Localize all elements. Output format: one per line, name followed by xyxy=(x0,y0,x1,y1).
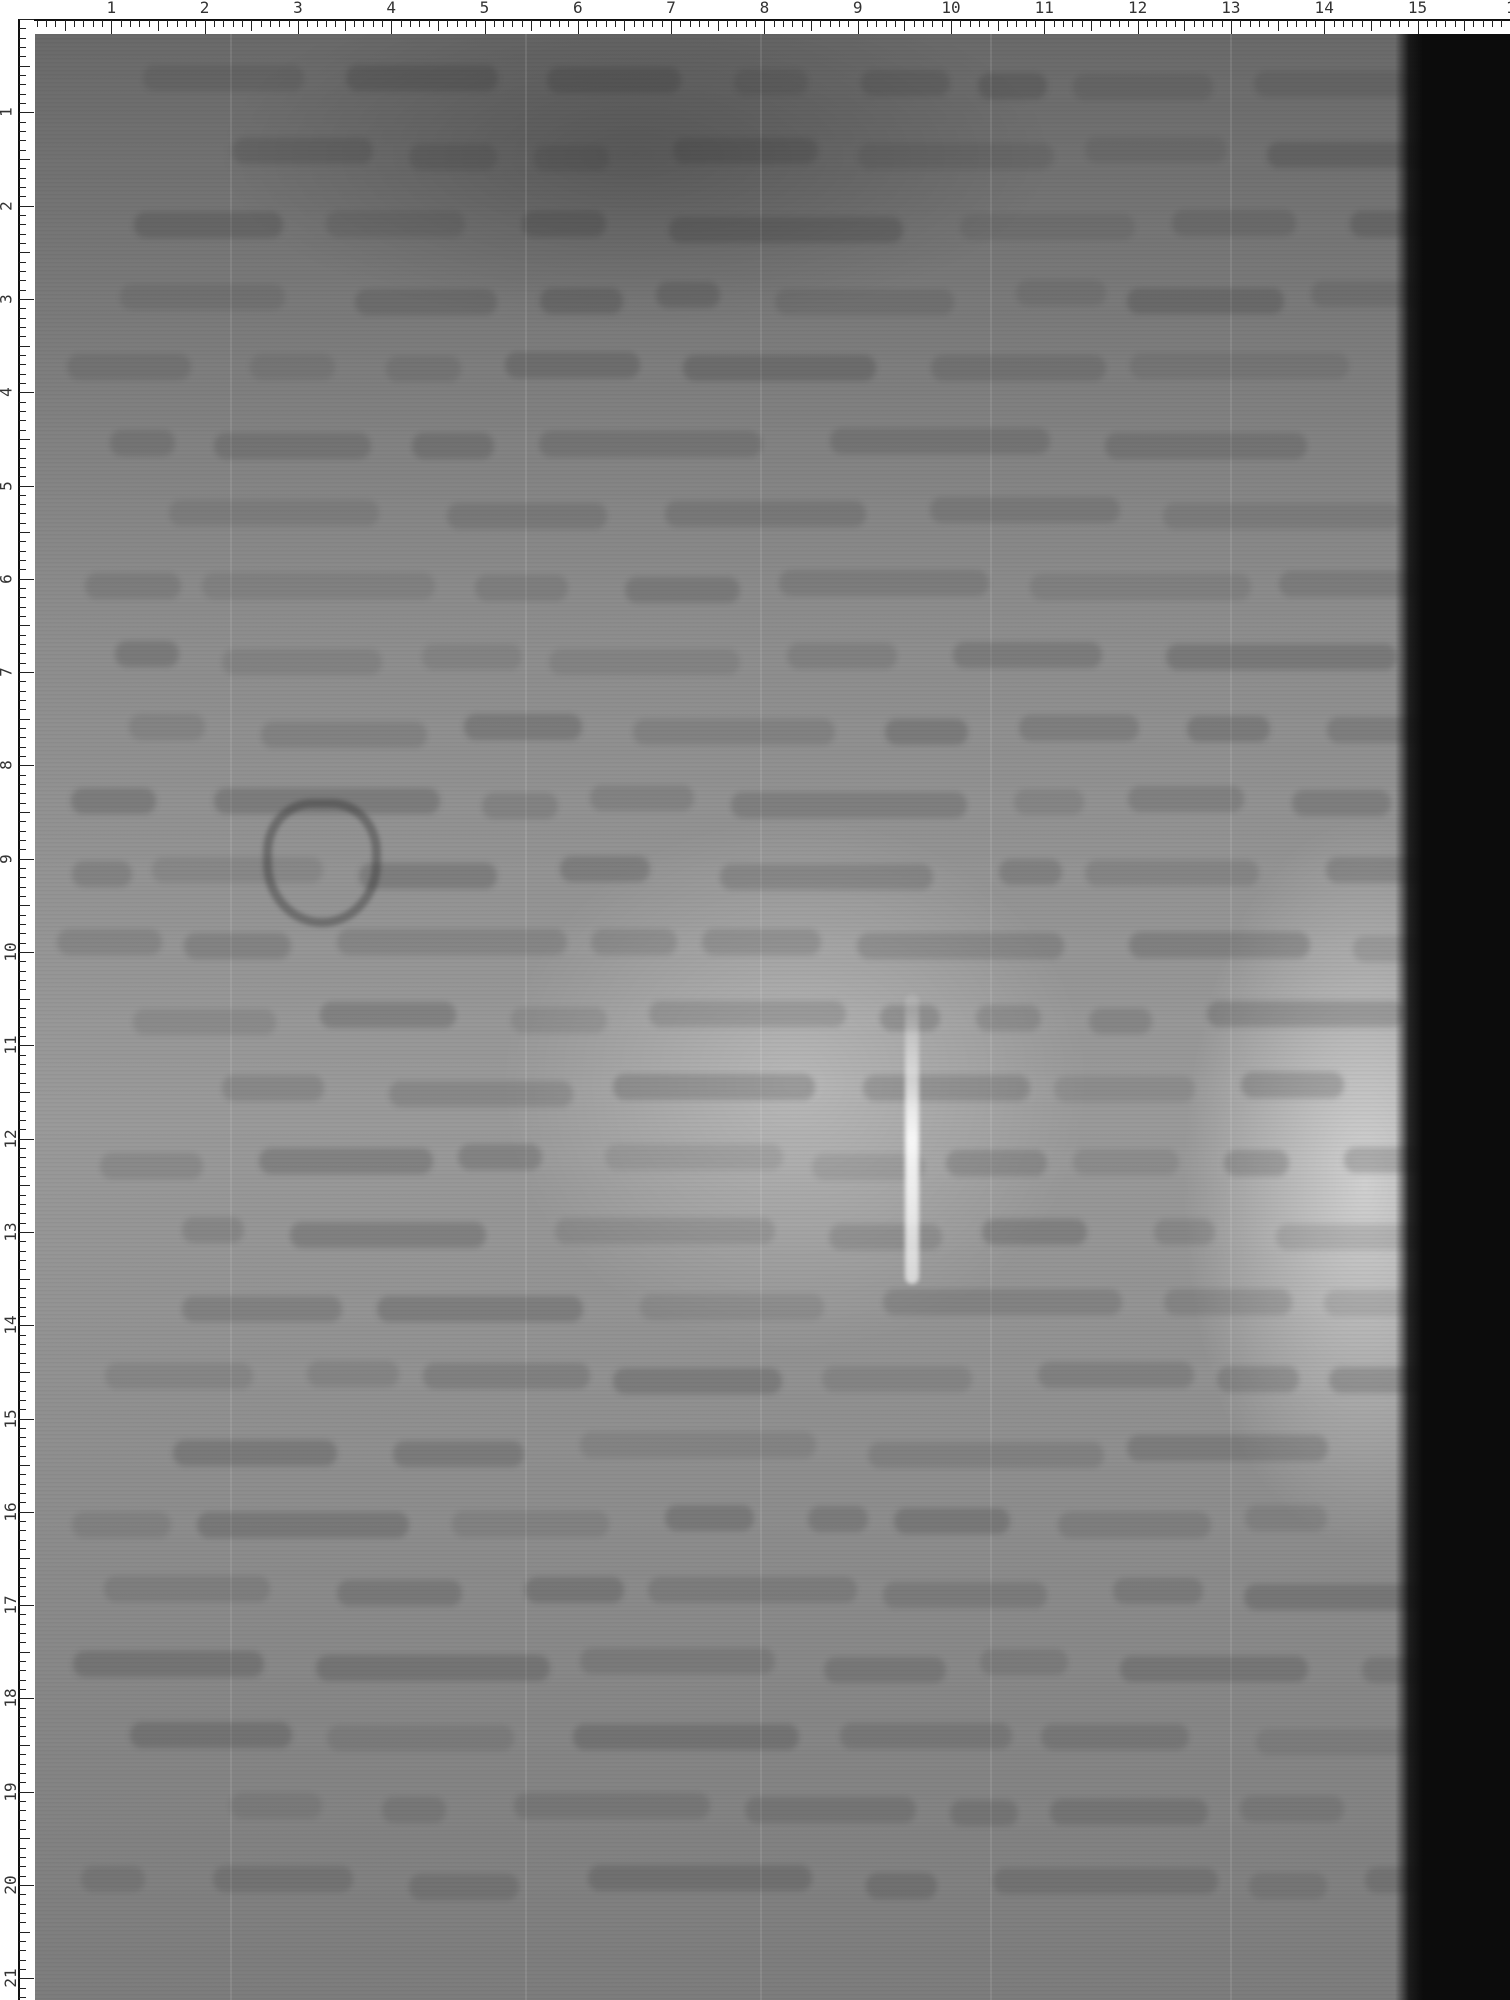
handwriting-word xyxy=(649,1001,845,1027)
handwriting-word xyxy=(857,933,1064,959)
ruler-tick xyxy=(19,1083,26,1084)
ruler-tick xyxy=(46,20,47,27)
ruler-tick xyxy=(19,374,26,375)
ruler-tick xyxy=(736,20,737,27)
handwriting-word xyxy=(1166,644,1397,670)
handwriting-word xyxy=(143,65,304,91)
ruler-tick xyxy=(19,728,26,729)
ruler-tick xyxy=(1436,20,1437,27)
ruler-tick xyxy=(19,1045,34,1046)
handwriting-word xyxy=(669,217,903,243)
handwriting-word xyxy=(447,503,607,529)
ruler-tick xyxy=(699,20,700,27)
ruler-tick xyxy=(19,887,26,888)
handwriting-word xyxy=(775,289,954,315)
ruler-tick xyxy=(83,20,84,27)
ruler-tick xyxy=(19,19,34,20)
ruler-tick xyxy=(485,20,486,34)
ruler-tick xyxy=(643,20,644,27)
ruler-tick xyxy=(1380,20,1381,27)
ruler-tick xyxy=(19,392,34,393)
handwriting-word xyxy=(327,1725,514,1751)
ruler-label: 2 xyxy=(200,0,210,17)
ruler-tick xyxy=(783,20,784,27)
handwriting-word xyxy=(1245,1505,1327,1531)
ruler-tick xyxy=(19,1558,30,1559)
ruler-tick xyxy=(19,1307,26,1308)
ruler-tick xyxy=(149,20,150,27)
ruler-tick xyxy=(19,513,26,514)
ruler-tick xyxy=(19,1251,26,1252)
handwriting-word xyxy=(100,1153,203,1179)
ruler-tick xyxy=(1278,20,1279,31)
handwriting-word xyxy=(259,1148,433,1174)
handwriting-word xyxy=(702,929,821,955)
ruler-label: 9 xyxy=(853,0,863,17)
ruler-tick xyxy=(466,20,467,27)
ruler-tick xyxy=(19,756,26,757)
ruler-tick xyxy=(19,1773,26,1774)
handwriting-word xyxy=(197,1512,409,1538)
ruler-tick xyxy=(1044,20,1045,34)
handwriting-word xyxy=(787,643,897,669)
handwriting-word xyxy=(625,577,740,603)
ruler-tick xyxy=(1240,20,1241,27)
ruler-tick xyxy=(895,20,896,27)
ruler-tick xyxy=(317,20,318,27)
ruler-tick xyxy=(718,20,719,31)
ruler-tick xyxy=(19,1680,26,1681)
ruler-tick xyxy=(662,20,663,27)
handwriting-word xyxy=(85,573,181,599)
ruler-tick xyxy=(1399,20,1400,27)
handwriting-word xyxy=(808,1506,869,1532)
ruler-tick xyxy=(19,1941,26,1942)
ruler-tick xyxy=(19,1017,26,1018)
ruler-tick xyxy=(19,691,26,692)
ruler-tick xyxy=(19,952,34,953)
ruler-tick xyxy=(19,1885,34,1886)
ruler-tick xyxy=(19,541,26,542)
ruler-tick xyxy=(19,1932,30,1933)
handwriting-word xyxy=(858,143,1055,169)
ruler-tick xyxy=(19,234,26,235)
ruler-tick xyxy=(19,1325,34,1326)
ruler-tick xyxy=(19,1363,26,1364)
ruler-tick xyxy=(559,20,560,27)
ruler-tick xyxy=(1352,20,1353,27)
ruler-tick xyxy=(373,20,374,27)
ruler-tick xyxy=(19,523,26,524)
handwriting-word xyxy=(1128,786,1244,812)
ruler-tick xyxy=(19,1661,26,1662)
ruler-tick xyxy=(820,20,821,27)
ruler-tick xyxy=(19,1101,26,1102)
handwriting-word xyxy=(514,1793,710,1819)
ruler-tick xyxy=(279,20,280,27)
ruler-tick xyxy=(19,1913,26,1914)
ruler-tick xyxy=(19,1848,26,1849)
ruler-tick xyxy=(1212,20,1213,27)
ruler-tick xyxy=(19,252,30,253)
handwriting-word xyxy=(110,430,175,456)
ruler-tick xyxy=(19,840,26,841)
ruler-tick xyxy=(1063,20,1064,27)
ruler-tick xyxy=(214,20,215,27)
handwriting-word xyxy=(1240,1796,1344,1822)
ruler-tick xyxy=(19,1073,26,1074)
ruler-tick xyxy=(1455,20,1456,27)
ruler-label: 1 xyxy=(106,0,116,17)
ruler-tick xyxy=(1026,20,1027,27)
handwriting-word xyxy=(605,1144,783,1170)
ruler-tick xyxy=(1110,20,1111,27)
ruler-tick xyxy=(19,579,34,580)
ruler-tick xyxy=(568,20,569,27)
ruler-tick xyxy=(242,20,243,27)
ruler-tick xyxy=(19,495,26,496)
ruler-tick xyxy=(1483,20,1484,27)
handwriting-word xyxy=(115,641,180,667)
ruler-tick xyxy=(951,20,952,34)
handwriting-word xyxy=(213,1866,353,1892)
ruler-tick xyxy=(19,1745,30,1746)
ruler-tick xyxy=(19,1577,26,1578)
ruler-tick xyxy=(382,20,383,27)
ruler-tick xyxy=(19,1866,26,1867)
handwriting-word xyxy=(866,1873,937,1899)
handwriting-word xyxy=(129,714,205,740)
ruler-tick xyxy=(1175,20,1176,27)
ruler-tick xyxy=(19,1736,26,1737)
ruler-tick xyxy=(19,486,34,487)
decorated-initial xyxy=(263,799,381,927)
ruler-tick xyxy=(19,1829,26,1830)
handwriting-word xyxy=(1163,503,1401,529)
ruler-tick xyxy=(1138,20,1139,34)
ruler-tick xyxy=(19,336,26,337)
handwriting-word xyxy=(976,1005,1041,1031)
ruler-tick xyxy=(130,20,131,27)
ruler-tick xyxy=(1287,20,1288,27)
ruler-tick xyxy=(1231,20,1232,34)
handwriting-word xyxy=(1054,1076,1195,1102)
ruler-tick xyxy=(19,1904,26,1905)
parchment-damage xyxy=(905,994,919,1284)
ruler-tick xyxy=(167,20,168,27)
ruler-tick xyxy=(19,1465,30,1466)
handwriting-word xyxy=(511,1007,607,1033)
ruler-tick xyxy=(37,20,38,27)
ruler-tick xyxy=(1501,20,1502,27)
handwriting-word xyxy=(130,1722,292,1748)
ruler-tick xyxy=(19,625,30,626)
ruler-tick xyxy=(19,1391,26,1392)
ruler-tick xyxy=(19,94,26,95)
handwriting-word xyxy=(591,929,677,955)
ruler-tick xyxy=(335,20,336,27)
ruler-tick xyxy=(19,719,30,720)
ruler-tick xyxy=(205,20,206,34)
ruler-tick xyxy=(19,1381,26,1382)
handwriting-word xyxy=(382,1797,446,1823)
ruler-label: 2 xyxy=(0,201,15,211)
handwriting-word xyxy=(1130,353,1349,379)
ruler-tick xyxy=(19,1092,30,1093)
ruler-tick xyxy=(19,635,26,636)
handwriting-word xyxy=(1129,932,1310,958)
ruler-tick xyxy=(475,20,476,27)
ruler-tick xyxy=(447,20,448,27)
handwriting-word xyxy=(214,433,371,459)
ruler-tick xyxy=(1343,20,1344,27)
ruler-tick xyxy=(652,20,653,27)
handwriting-word xyxy=(73,1651,265,1677)
ruler-tick xyxy=(923,20,924,27)
handwriting-word xyxy=(640,1294,824,1320)
ruler-tick xyxy=(1128,20,1129,27)
ruler-tick xyxy=(19,1353,26,1354)
ruler-tick xyxy=(1082,20,1083,27)
handwriting-word xyxy=(1154,1219,1214,1245)
ruler-tick xyxy=(1296,20,1297,27)
ruler-tick xyxy=(19,402,26,403)
handwriting-word xyxy=(316,1655,550,1681)
ruler-tick xyxy=(1464,20,1465,31)
ruler-tick xyxy=(19,924,26,925)
ruler-tick xyxy=(19,1260,26,1261)
ruler-tick xyxy=(19,122,26,123)
ruler-tick xyxy=(19,420,26,421)
ruler-tick xyxy=(19,737,26,738)
ruler-tick xyxy=(988,20,989,27)
horizontal-ruler: 01234567891011121314151 xyxy=(0,0,1510,34)
handwriting-word xyxy=(1085,860,1258,886)
ruler-tick xyxy=(102,20,103,27)
ruler-label: 13 xyxy=(1,1222,20,1241)
ruler-tick xyxy=(19,355,26,356)
ruler-tick xyxy=(858,20,859,34)
ruler-label: 12 xyxy=(1,1129,20,1148)
ruler-tick xyxy=(19,1474,26,1475)
handwriting-word xyxy=(883,1582,1047,1608)
handwriting-word xyxy=(1224,1150,1289,1176)
ruler-tick xyxy=(680,20,681,27)
ruler-tick xyxy=(19,1764,26,1765)
ruler-tick xyxy=(19,1064,26,1065)
ruler-tick xyxy=(19,1167,26,1168)
ruler-tick xyxy=(914,20,915,27)
handwriting-word xyxy=(134,212,283,238)
handwriting-word xyxy=(590,785,694,811)
ruler-tick xyxy=(19,131,26,132)
handwriting-word xyxy=(326,211,465,237)
ruler-label: 9 xyxy=(0,854,15,864)
handwriting-word xyxy=(779,570,988,596)
ruler-tick xyxy=(876,20,877,27)
ruler-tick xyxy=(19,821,26,822)
ruler-tick xyxy=(1054,20,1055,27)
scan-background-edge xyxy=(1395,34,1510,2000)
ruler-tick xyxy=(177,20,178,27)
ruler-tick xyxy=(19,84,26,85)
ruler-tick xyxy=(1334,20,1335,27)
ruler-tick xyxy=(298,20,299,34)
ruler-tick xyxy=(970,20,971,27)
handwriting-word xyxy=(1249,1873,1327,1899)
handwriting-word xyxy=(393,1441,524,1467)
handwriting-word xyxy=(1058,1512,1211,1538)
ruler-tick xyxy=(19,112,34,113)
ruler-tick xyxy=(578,20,579,34)
ruler-tick xyxy=(19,1670,26,1671)
ruler-tick xyxy=(19,877,26,878)
ruler-tick xyxy=(19,1792,34,1793)
ruler-tick xyxy=(19,1400,26,1401)
handwriting-word xyxy=(673,138,818,164)
handwriting-word xyxy=(377,1296,583,1322)
handwriting-word xyxy=(482,793,558,819)
ruler-tick xyxy=(223,20,224,27)
handwriting-word xyxy=(337,1580,461,1606)
handwriting-word xyxy=(1207,1001,1405,1027)
handwriting-word xyxy=(222,1075,323,1101)
handwriting-word xyxy=(1127,1435,1328,1461)
ruler-tick xyxy=(19,1446,26,1447)
ruler-label: 3 xyxy=(0,294,15,304)
ruler-tick xyxy=(19,1111,26,1112)
ruler-tick xyxy=(932,20,933,27)
handwriting-word xyxy=(452,1511,608,1537)
handwriting-word xyxy=(250,354,335,380)
handwriting-word xyxy=(1105,433,1307,459)
handwriting-word xyxy=(665,1505,754,1531)
ruler-tick xyxy=(1007,20,1008,27)
handwriting-word xyxy=(683,355,876,381)
ruler-tick xyxy=(19,551,26,552)
ruler-tick xyxy=(19,504,26,505)
handwriting-word xyxy=(1187,716,1269,742)
handwriting-word xyxy=(534,145,608,171)
ruler-tick xyxy=(19,616,26,617)
handwriting-word xyxy=(731,792,967,818)
handwriting-word xyxy=(588,1865,813,1891)
ruler-tick xyxy=(19,458,26,459)
handwriting-word xyxy=(993,1868,1218,1894)
ruler-tick xyxy=(19,989,26,990)
ruler-tick xyxy=(19,672,34,673)
handwriting-word xyxy=(549,649,740,675)
ruler-tick xyxy=(307,20,308,27)
ruler-tick xyxy=(1492,20,1493,27)
ruler-tick xyxy=(401,20,402,27)
ruler-tick xyxy=(1390,20,1391,27)
ruler-tick xyxy=(19,1652,30,1653)
ruler-tick xyxy=(19,597,26,598)
handwriting-word xyxy=(202,573,435,599)
ruler-tick xyxy=(19,1726,26,1727)
ruler-tick xyxy=(19,383,26,384)
ruler-tick xyxy=(979,20,980,27)
ruler-tick xyxy=(19,1540,26,1541)
handwriting-word xyxy=(464,714,582,740)
ruler-tick xyxy=(792,20,793,27)
handwriting-word xyxy=(1041,1724,1189,1750)
handwriting-word xyxy=(1089,1008,1152,1034)
ruler-tick xyxy=(19,308,26,309)
handwriting-word xyxy=(290,1222,487,1248)
ruler-tick xyxy=(19,1344,26,1345)
ruler-tick xyxy=(764,20,765,34)
handwriting-word xyxy=(71,788,156,814)
ruler-tick xyxy=(1324,20,1325,34)
ruler-tick xyxy=(19,1335,26,1336)
ruler-tick xyxy=(19,224,26,225)
handwriting-word xyxy=(409,144,497,170)
ruler-tick xyxy=(19,75,26,76)
ruler-label: 7 xyxy=(666,0,676,17)
ruler-tick xyxy=(811,20,812,31)
ruler-tick xyxy=(19,803,26,804)
handwriting-word xyxy=(1050,1799,1208,1825)
ruler-tick xyxy=(19,1810,26,1811)
ruler-tick xyxy=(391,20,392,34)
ruler-label: 1 xyxy=(0,107,15,117)
ruler-tick xyxy=(727,20,728,27)
handwriting-word xyxy=(169,500,378,526)
ruler-tick xyxy=(19,915,26,916)
handwriting-word xyxy=(422,644,522,670)
handwriting-word xyxy=(1120,1656,1308,1682)
ruler-tick xyxy=(233,20,234,27)
ruler-tick xyxy=(326,20,327,27)
ruler-tick xyxy=(19,206,34,207)
ruler-tick xyxy=(19,1139,34,1140)
ruler-tick xyxy=(19,1185,30,1186)
handwriting-word xyxy=(560,856,650,882)
ruler-label: 19 xyxy=(1,1782,20,1801)
ruler-label: 8 xyxy=(760,0,770,17)
handwriting-word xyxy=(745,1797,916,1823)
ruler-tick xyxy=(839,20,840,27)
ruler-tick xyxy=(19,140,26,141)
ruler-tick xyxy=(540,20,541,27)
ruler-label: 10 xyxy=(941,0,960,17)
ruler-tick xyxy=(19,933,26,934)
handwriting-word xyxy=(409,1874,518,1900)
ruler-tick xyxy=(19,1698,34,1699)
ruler-tick xyxy=(19,1213,26,1214)
handwriting-word xyxy=(1085,137,1226,163)
handwriting-word xyxy=(863,1075,1029,1101)
ruler-tick xyxy=(19,1176,26,1177)
ruler-label: 8 xyxy=(0,761,15,771)
ruler-tick xyxy=(19,467,26,468)
ruler-tick xyxy=(19,187,26,188)
ruler-tick xyxy=(1362,20,1363,27)
handwriting-word xyxy=(182,1296,343,1322)
ruler-tick xyxy=(531,20,532,31)
vertical-ruler: 123456789101112131415161718192021 xyxy=(0,0,34,2000)
handwriting-word xyxy=(633,719,835,745)
ruler-tick xyxy=(261,20,262,27)
ruler-tick xyxy=(19,1493,26,1494)
ruler-tick xyxy=(19,1857,26,1858)
handwriting-word xyxy=(505,352,640,378)
ruler-tick xyxy=(19,793,26,794)
handwriting-word xyxy=(885,719,969,745)
ruler-tick xyxy=(1147,20,1148,27)
